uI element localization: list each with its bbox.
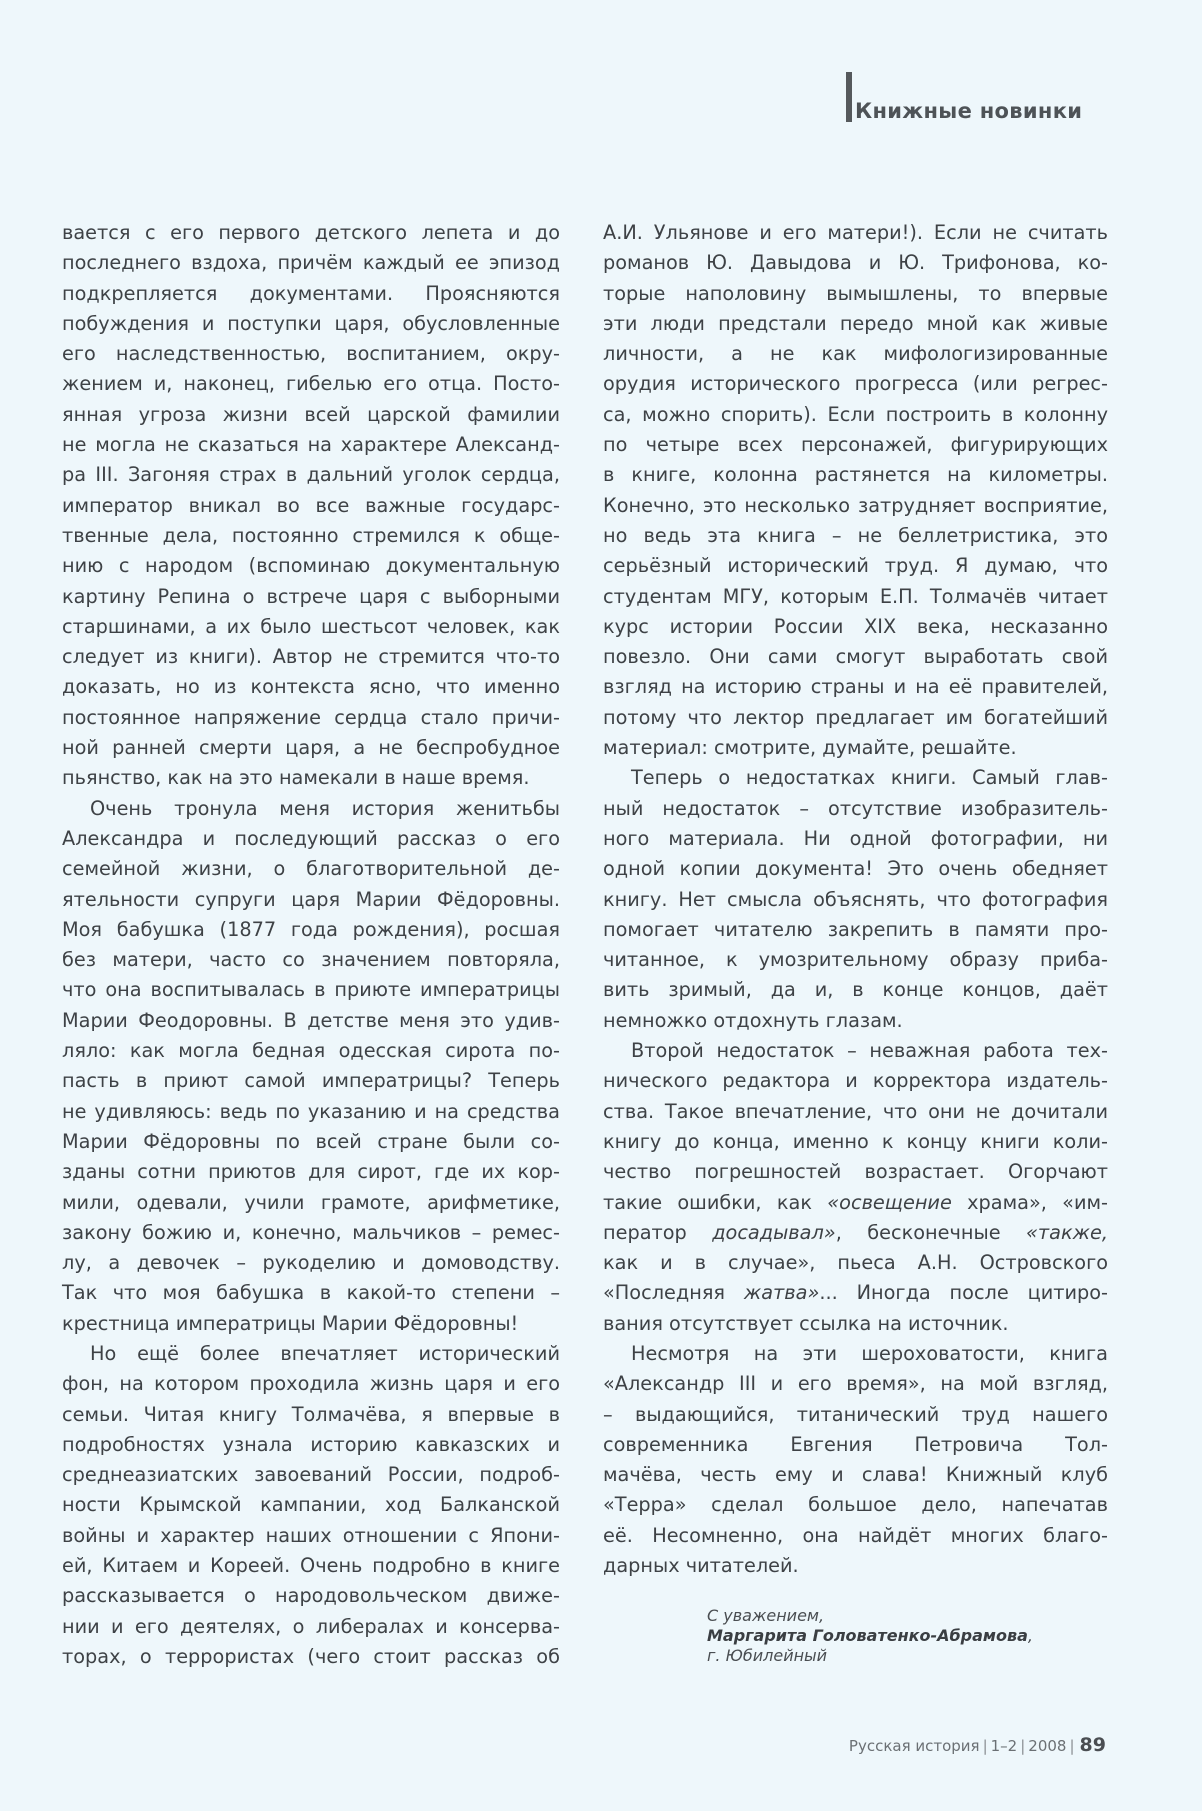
text-line: ператор досадывал», бесконечные «также, xyxy=(603,1218,1108,1248)
page-number: 89 xyxy=(1080,1734,1106,1756)
signature-block: С уважением, Маргарита Головатенко-Абрам… xyxy=(707,1606,1033,1666)
text-line: жением и, наконец, гибелью его отца. Пос… xyxy=(62,369,560,399)
text-line: торах, о террористах (чего стоит рассказ… xyxy=(62,1642,560,1672)
text-line: личности, а не как мифологизированные xyxy=(603,339,1108,369)
text-line: дарных читателей. xyxy=(603,1551,1108,1581)
text-line: материал: смотрите, думайте, решайте. xyxy=(603,733,1108,763)
separator: | xyxy=(1020,1737,1025,1755)
header-accent-bar xyxy=(846,72,852,122)
text-line: серьёзный исторический труд. Я думаю, чт… xyxy=(603,551,1108,581)
issue-year: 2008 xyxy=(1028,1737,1066,1755)
text-line: вается с его первого детского лепета и д… xyxy=(62,218,560,248)
text-line: последнего вздоха, причём каждый ее эпиз… xyxy=(62,248,560,278)
left-column: вается с его первого детского лепета и д… xyxy=(62,218,560,1672)
signature-author: Маргарита Головатенко-Абрамова, xyxy=(707,1626,1033,1646)
text-line: лу, а девочек – рукоделию и домоводству. xyxy=(62,1248,560,1278)
text-line: взгляд на историю страны и на её правите… xyxy=(603,672,1108,702)
text-line: читанное, к умозрительному образу приба- xyxy=(603,945,1108,975)
text-line: семьи. Читая книгу Толмачёва, я впервые … xyxy=(62,1400,560,1430)
text-line: повезло. Они сами смогут выработать свой xyxy=(603,642,1108,672)
text-line: войны и характер наших отношении с Япони… xyxy=(62,1521,560,1551)
text-line: Конечно, это несколько затрудняет воспри… xyxy=(603,491,1108,521)
text-line: подробностях узнала историю кавказских и xyxy=(62,1430,560,1460)
text-line: её. Несомненно, она найдёт многих благо- xyxy=(603,1521,1108,1551)
text-line: что она воспитывалась в приюте императри… xyxy=(62,975,560,1005)
text-line: эти люди предстали передо мной как живые xyxy=(603,309,1108,339)
text-line: нию с народом (вспоминаю документальную xyxy=(62,551,560,581)
text-line: но ведь эта книга – не беллетристика, эт… xyxy=(603,521,1108,551)
text-line: Марии Фёдоровны по всей стране были со- xyxy=(62,1127,560,1157)
text-line: не могла не сказаться на характере Алекс… xyxy=(62,430,560,460)
text-line: книгу. Нет смысла объяснять, что фотогра… xyxy=(603,885,1108,915)
text-line: студентам МГУ, которым Е.П. Толмачёв чит… xyxy=(603,582,1108,612)
text-line: книгу до конца, именно к концу книги кол… xyxy=(603,1127,1108,1157)
text-line: Но ещё более впечатляет исторический xyxy=(62,1339,560,1369)
text-line: романов Ю. Давыдова и Ю. Трифонова, ко- xyxy=(603,248,1108,278)
text-line: ятельности супруги царя Марии Фёдоровны. xyxy=(62,885,560,915)
text-line: Александра и последующий рассказ о его xyxy=(62,824,560,854)
issue-number: 1–2 xyxy=(991,1737,1018,1755)
text-line: Так что моя бабушка в какой-то степени – xyxy=(62,1278,560,1308)
text-line: твенные дела, постоянно стремился к обще… xyxy=(62,521,560,551)
text-line: его наследственностью, воспитанием, окру… xyxy=(62,339,560,369)
text-line: пьянство, как на это намекали в наше вре… xyxy=(62,763,560,793)
text-line: Марии Феодоровны. В детстве меня это уди… xyxy=(62,1006,560,1036)
text-line: рассказывается о народовольческом движе- xyxy=(62,1581,560,1611)
text-line: Моя бабушка (1877 года рождения), росшая xyxy=(62,915,560,945)
text-line: янная угроза жизни всей царской фамилии xyxy=(62,400,560,430)
text-line: ра III. Загоняя страх в дальний уголок с… xyxy=(62,460,560,490)
text-line: са, можно спорить). Если построить в кол… xyxy=(603,400,1108,430)
text-line: ности Крымской кампании, ход Балканской xyxy=(62,1490,560,1520)
text-line: закону божию и, конечно, мальчиков – рем… xyxy=(62,1218,560,1248)
text-line: ной ранней смерти царя, а не беспробудно… xyxy=(62,733,560,763)
text-line: подкрепляется документами. Проясняются xyxy=(62,279,560,309)
text-line: торые наполовину вымышлены, то впервые xyxy=(603,279,1108,309)
text-line: следует из книги). Автор не стремится чт… xyxy=(62,642,560,672)
text-line: Теперь о недостатках книги. Самый глав- xyxy=(603,763,1108,793)
right-column: А.И. Ульянове и его матери!). Если не сч… xyxy=(603,218,1108,1581)
section-title: Книжные новинки xyxy=(855,101,1082,122)
page-footer: Русская история | 1–2 | 2008 | 89 xyxy=(849,1734,1106,1756)
text-line: вить зримый, да и, в конце концов, даёт xyxy=(603,975,1108,1005)
text-line: потому что лектор предлагает им богатейш… xyxy=(603,703,1108,733)
text-line: нии и его деятелях, о либералах и консер… xyxy=(62,1612,560,1642)
text-line: ства. Такое впечатление, что они не дочи… xyxy=(603,1097,1108,1127)
text-line: «Терра» сделал большое дело, напечатав xyxy=(603,1490,1108,1520)
text-line: ей, Китаем и Кореей. Очень подробно в кн… xyxy=(62,1551,560,1581)
text-line: по четыре всех персонажей, фигурирующих xyxy=(603,430,1108,460)
text-line: зданы сотни приютов для сирот, где их ко… xyxy=(62,1157,560,1187)
text-line: Несмотря на эти шероховатости, книга xyxy=(603,1339,1108,1369)
text-line: старшинами, а их было шестьсот человек, … xyxy=(62,612,560,642)
text-line: семейной жизни, о благотворительной де- xyxy=(62,854,560,884)
section-header: Книжные новинки xyxy=(846,72,1082,122)
text-line: ный недостаток – отсутствие изобразитель… xyxy=(603,794,1108,824)
text-line: фон, на котором проходила жизнь царя и е… xyxy=(62,1369,560,1399)
text-line: Очень тронула меня история женитьбы xyxy=(62,794,560,824)
text-line: – выдающийся, титанический труд нашего xyxy=(603,1400,1108,1430)
right-column-text-part-1: А.И. Ульянове и его матери!). Если не сч… xyxy=(603,218,1108,1188)
separator: | xyxy=(1069,1737,1074,1755)
text-line: без матери, часто со значением повторяла… xyxy=(62,945,560,975)
separator: | xyxy=(983,1737,988,1755)
text-line: постоянное напряжение сердца стало причи… xyxy=(62,703,560,733)
text-line: курс истории России XIX века, несказанно xyxy=(603,612,1108,642)
text-line: не удивляюсь: ведь по указанию и на сред… xyxy=(62,1097,560,1127)
text-line: немножко отдохнуть глазам. xyxy=(603,1006,1108,1036)
right-column-text-part-2: вания отсутствует ссылка на источник.Нес… xyxy=(603,1309,1108,1582)
text-line: мили, одевали, учили грамоте, арифметике… xyxy=(62,1188,560,1218)
text-line: ляло: как могла бедная одесская сирота п… xyxy=(62,1036,560,1066)
text-line: ного материала. Ни одной фотографии, ни xyxy=(603,824,1108,854)
text-line: А.И. Ульянове и его матери!). Если не сч… xyxy=(603,218,1108,248)
text-line: побуждения и поступки царя, обусловленны… xyxy=(62,309,560,339)
text-line: вания отсутствует ссылка на источник. xyxy=(603,1309,1108,1339)
text-line: в книге, колонна растянется на километры… xyxy=(603,460,1108,490)
text-line: «Александр III и его время», на мой взгл… xyxy=(603,1369,1108,1399)
text-line: одной копии документа! Это очень обедняе… xyxy=(603,854,1108,884)
signature-greeting: С уважением, xyxy=(707,1606,1033,1626)
text-line: нического редактора и корректора издател… xyxy=(603,1066,1108,1096)
text-line: такие ошибки, как «освещение храма», «им… xyxy=(603,1188,1108,1218)
text-line: орудия исторического прогресса (или регр… xyxy=(603,369,1108,399)
text-line: помогает читателю закрепить в памяти про… xyxy=(603,915,1108,945)
text-line: чество погрешностей возрастает. Огорчают xyxy=(603,1157,1108,1187)
text-line: крестница императрицы Марии Фёдоровны! xyxy=(62,1309,560,1339)
text-line: Второй недостаток – неважная работа тех- xyxy=(603,1036,1108,1066)
text-line: картину Репина о встрече царя с выборным… xyxy=(62,582,560,612)
text-line: доказать, но из контекста ясно, что имен… xyxy=(62,672,560,702)
text-line: современника Евгения Петровича Тол- xyxy=(603,1430,1108,1460)
text-line: «Последняя жатва»... Иногда после цитиро… xyxy=(603,1278,1108,1308)
magazine-title: Русская история xyxy=(849,1737,980,1755)
text-line: как и в случае», пьеса А.Н. Островского xyxy=(603,1248,1108,1278)
text-line: пасть в приют самой императрицы? Теперь xyxy=(62,1066,560,1096)
signature-location: г. Юбилейный xyxy=(707,1646,1033,1666)
text-line: мачёва, честь ему и слава! Книжный клуб xyxy=(603,1460,1108,1490)
text-line: среднеазиатских завоеваний России, подро… xyxy=(62,1460,560,1490)
text-line: император вникал во все важные государс- xyxy=(62,491,560,521)
